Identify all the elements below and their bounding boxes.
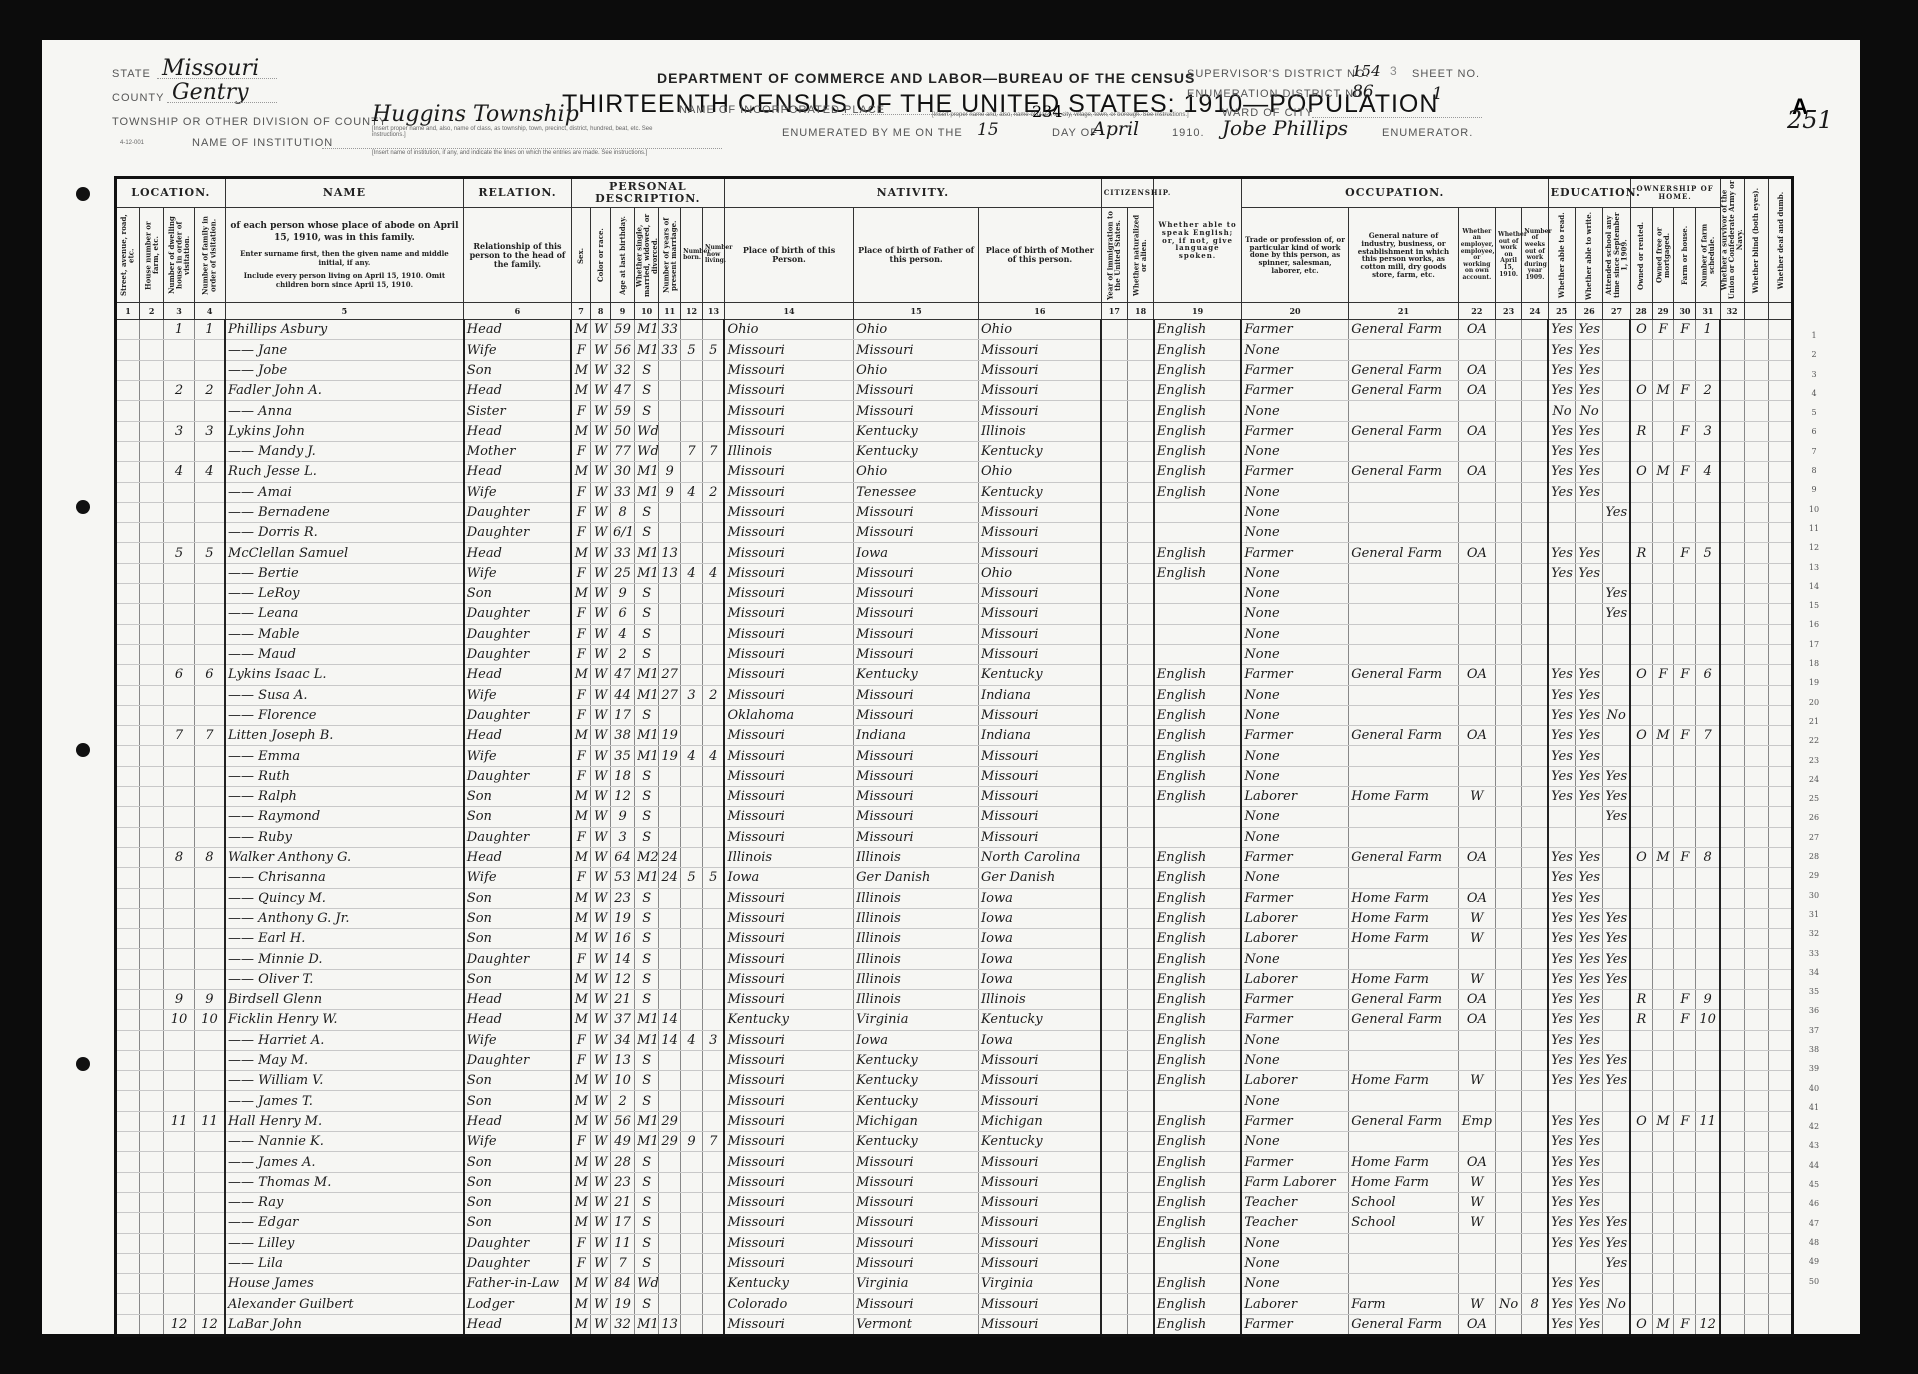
cell-ind <box>1349 1030 1459 1050</box>
cell-empty <box>1768 1132 1792 1152</box>
cell-occ: Farmer <box>1241 543 1348 563</box>
cell-empty <box>140 989 164 1009</box>
cell-empty <box>140 868 164 888</box>
cell-empty <box>140 705 164 725</box>
header-out-of-work: Whether out of work on April 15, 1910. <box>1495 208 1521 303</box>
cell-name: —— Earl H. <box>225 929 464 949</box>
table-row: —— BertieWifeFW25M11344MissouriMissouriO… <box>116 563 1793 583</box>
header-weeks-out: Number of weeks out of work during year … <box>1522 208 1548 303</box>
cell-born: 5 <box>681 868 703 888</box>
cell-fam <box>194 1172 225 1192</box>
cell-empty <box>1744 665 1768 685</box>
cell-name: Walker Anthony G. <box>225 847 464 867</box>
cell-fpob: Illinois <box>854 969 979 989</box>
cell-occ: None <box>1241 441 1348 461</box>
enumerated-label: ENUMERATED BY ME ON THE <box>782 127 963 139</box>
cell-fpob: Missouri <box>854 1172 979 1192</box>
cell-empty <box>1744 563 1768 583</box>
cell-name: —— Lilley <box>225 1233 464 1253</box>
cell-empty <box>116 1111 140 1131</box>
cell-empty <box>1720 584 1744 604</box>
cell-sex: F <box>571 868 591 888</box>
cell-dw <box>164 1071 195 1091</box>
cell-sched <box>1696 1071 1720 1091</box>
cell-sch <box>1603 523 1630 543</box>
cell-pob: Oklahoma <box>724 705 853 725</box>
cell-occ: None <box>1241 523 1348 543</box>
cell-lang: English <box>1154 726 1242 746</box>
cell-write: Yes <box>1575 543 1602 563</box>
cell-ind <box>1349 584 1459 604</box>
header-family-number: Number of family in order of visitation. <box>194 208 225 303</box>
cell-empty <box>1127 1192 1153 1212</box>
cell-read: Yes <box>1548 665 1575 685</box>
cell-empty <box>1768 523 1792 543</box>
cell-write: Yes <box>1575 320 1602 340</box>
cell-sched: 11 <box>1696 1111 1720 1131</box>
cell-own <box>1630 340 1652 360</box>
cell-empty <box>1768 1172 1792 1192</box>
cell-rel: Son <box>464 908 571 928</box>
cell-empty <box>1720 685 1744 705</box>
cell-sch <box>1603 624 1630 644</box>
cell-emp <box>1458 441 1495 461</box>
cell-sched <box>1696 1192 1720 1212</box>
cell-lang: English <box>1154 929 1242 949</box>
cell-occ: Farmer <box>1241 989 1348 1009</box>
cell-fh: F <box>1674 847 1696 867</box>
cell-fh <box>1674 1050 1696 1070</box>
cell-rel: Daughter <box>464 523 571 543</box>
cell-age: 14 <box>611 949 635 969</box>
cell-fh <box>1674 1132 1696 1152</box>
cell-age: 47 <box>611 665 635 685</box>
cell-ind: Farm <box>1349 1294 1459 1314</box>
header-owned-rented: Owned or rented. <box>1630 208 1652 303</box>
cell-dw <box>164 908 195 928</box>
cell-race: W <box>591 868 611 888</box>
cell-occ: Farm Laborer <box>1241 1172 1348 1192</box>
cell-yrs <box>659 624 681 644</box>
cell-sex: M <box>571 1274 591 1294</box>
cell-sched <box>1696 807 1720 827</box>
cell-oow <box>1495 1071 1521 1091</box>
cell-empty <box>1127 929 1153 949</box>
cell-read: Yes <box>1548 360 1575 380</box>
cell-fpob: Virginia <box>854 1010 979 1030</box>
cell-yrs: 27 <box>659 665 681 685</box>
cell-own <box>1630 868 1652 888</box>
cell-dw: 10 <box>164 1010 195 1030</box>
cell-race: W <box>591 847 611 867</box>
cell-fm <box>1652 360 1674 380</box>
cell-born <box>681 1294 703 1314</box>
cell-empty <box>140 401 164 421</box>
cell-ind: General Farm <box>1349 1314 1459 1335</box>
cell-mpob: Missouri <box>979 1192 1102 1212</box>
cell-empty <box>1744 441 1768 461</box>
cell-empty <box>1101 462 1127 482</box>
cell-born <box>681 381 703 401</box>
cell-oow <box>1495 888 1521 908</box>
cell-weeks <box>1522 1253 1548 1273</box>
table-row: —— AmaiWifeFW33M1942MissouriTenesseeKent… <box>116 482 1793 502</box>
cell-empty <box>116 1253 140 1273</box>
cell-age: 84 <box>611 1274 635 1294</box>
cell-pob: Missouri <box>724 563 853 583</box>
cell-ms: M1 <box>635 543 659 563</box>
cell-weeks <box>1522 929 1548 949</box>
line-number: 8 <box>1804 461 1824 480</box>
cell-write: Yes <box>1575 787 1602 807</box>
cell-sch <box>1603 665 1630 685</box>
cell-weeks <box>1522 644 1548 664</box>
cell-name: —— Ralph <box>225 787 464 807</box>
cell-name: —— Chrisanna <box>225 868 464 888</box>
cell-fam <box>194 1274 225 1294</box>
cell-own <box>1630 563 1652 583</box>
cell-occ: Laborer <box>1241 969 1348 989</box>
cell-fm <box>1652 705 1674 725</box>
cell-empty <box>116 1132 140 1152</box>
cell-lang: English <box>1154 1314 1242 1335</box>
cell-fh <box>1674 705 1696 725</box>
cell-fam: 7 <box>194 726 225 746</box>
cell-empty <box>140 462 164 482</box>
cell-name: —— May M. <box>225 1050 464 1070</box>
cell-read: Yes <box>1548 1030 1575 1050</box>
cell-sched <box>1696 1233 1720 1253</box>
cell-rel: Head <box>464 989 571 1009</box>
cell-weeks <box>1522 1314 1548 1335</box>
cell-ind: School <box>1349 1213 1459 1233</box>
cell-lang: English <box>1154 685 1242 705</box>
cell-empty <box>140 624 164 644</box>
cell-rel: Head <box>464 1111 571 1131</box>
cell-fam <box>194 766 225 786</box>
cell-mpob: Missouri <box>979 1213 1102 1233</box>
cell-ind <box>1349 1132 1459 1152</box>
cell-age: 49 <box>611 1132 635 1152</box>
column-number: 5 <box>225 303 464 320</box>
cell-age: 35 <box>611 746 635 766</box>
cell-lang: English <box>1154 665 1242 685</box>
cell-pob: Missouri <box>724 1132 853 1152</box>
column-number: 13 <box>703 303 725 320</box>
cell-empty <box>1768 908 1792 928</box>
cell-empty <box>1744 604 1768 624</box>
cell-empty <box>1127 949 1153 969</box>
cell-name: —— Leana <box>225 604 464 624</box>
column-number: 28 <box>1630 303 1652 320</box>
cell-pob: Kentucky <box>724 1274 853 1294</box>
cell-age: 28 <box>611 1152 635 1172</box>
cell-own <box>1630 1071 1652 1091</box>
cell-ind <box>1349 401 1459 421</box>
cell-fh: F <box>1674 462 1696 482</box>
cell-ind: General Farm <box>1349 462 1459 482</box>
cell-empty <box>1127 462 1153 482</box>
cell-age: 33 <box>611 482 635 502</box>
cell-name: —— Thomas M. <box>225 1172 464 1192</box>
cell-read: Yes <box>1548 746 1575 766</box>
cell-pob: Missouri <box>724 908 853 928</box>
cell-empty <box>1768 726 1792 746</box>
cell-mpob: Ohio <box>979 320 1102 340</box>
cell-empty <box>1768 949 1792 969</box>
cell-empty <box>1101 705 1127 725</box>
cell-yrs <box>659 644 681 664</box>
cell-pob: Missouri <box>724 1030 853 1050</box>
cell-weeks <box>1522 766 1548 786</box>
institution-note: [Insert name of institution, if any, and… <box>372 150 692 156</box>
cell-yrs <box>659 360 681 380</box>
cell-own: O <box>1630 462 1652 482</box>
cell-pob: Missouri <box>724 584 853 604</box>
cell-dw: 3 <box>164 421 195 441</box>
cell-oow <box>1495 604 1521 624</box>
cell-own: O <box>1630 665 1652 685</box>
cell-empty <box>140 482 164 502</box>
cell-empty <box>1768 340 1792 360</box>
cell-emp <box>1458 1233 1495 1253</box>
cell-living <box>703 381 725 401</box>
cell-empty <box>1768 1233 1792 1253</box>
cell-empty <box>116 1192 140 1212</box>
cell-weeks <box>1522 908 1548 928</box>
cell-rel: Head <box>464 421 571 441</box>
cell-sch: Yes <box>1603 766 1630 786</box>
cell-sex: M <box>571 807 591 827</box>
cell-ind <box>1349 705 1459 725</box>
cell-dw <box>164 624 195 644</box>
cell-empty <box>1744 644 1768 664</box>
cell-emp <box>1458 1050 1495 1070</box>
cell-write: Yes <box>1575 888 1602 908</box>
cell-dw <box>164 1152 195 1172</box>
cell-race: W <box>591 1294 611 1314</box>
cell-age: 44 <box>611 685 635 705</box>
cell-yrs <box>659 584 681 604</box>
cell-empty <box>1101 989 1127 1009</box>
cell-ms: S <box>635 502 659 522</box>
cell-empty <box>116 1294 140 1314</box>
cell-yrs <box>659 1091 681 1111</box>
cell-mpob: Missouri <box>979 401 1102 421</box>
cell-dw: 12 <box>164 1314 195 1335</box>
cell-own <box>1630 1192 1652 1212</box>
header-blind: Whether blind (both eyes). <box>1744 178 1768 303</box>
cell-ms: S <box>635 584 659 604</box>
township-label: TOWNSHIP OR OTHER DIVISION OF COUNTY <box>112 116 387 128</box>
cell-fam <box>194 908 225 928</box>
cell-living <box>703 1274 725 1294</box>
cell-ind: General Farm <box>1349 847 1459 867</box>
cell-dw <box>164 1132 195 1152</box>
cell-born <box>681 1314 703 1335</box>
cell-empty <box>140 1132 164 1152</box>
cell-empty <box>116 441 140 461</box>
table-row: —— RalphSonMW12SMissouriMissouriMissouri… <box>116 787 1793 807</box>
cell-lang: English <box>1154 1050 1242 1070</box>
cell-ms: S <box>635 787 659 807</box>
cell-fam <box>194 868 225 888</box>
cell-fam <box>194 1030 225 1050</box>
cell-read: Yes <box>1548 462 1575 482</box>
cell-own: O <box>1630 847 1652 867</box>
column-number: 8 <box>591 303 611 320</box>
cell-empty <box>1127 1253 1153 1273</box>
cell-empty <box>1720 726 1744 746</box>
cell-fm: M <box>1652 1111 1674 1131</box>
cell-own <box>1630 1030 1652 1050</box>
cell-empty <box>1127 969 1153 989</box>
cell-dw <box>164 1050 195 1070</box>
cell-born <box>681 888 703 908</box>
cell-ms: M1 <box>635 563 659 583</box>
cell-empty <box>1101 929 1127 949</box>
column-number: 10 <box>635 303 659 320</box>
cell-weeks <box>1522 1030 1548 1050</box>
cell-emp: OA <box>1458 888 1495 908</box>
cell-read: Yes <box>1548 1010 1575 1030</box>
cell-name: —— James A. <box>225 1152 464 1172</box>
cell-rel: Sister <box>464 401 571 421</box>
cell-born <box>681 1233 703 1253</box>
cell-oow <box>1495 502 1521 522</box>
cell-sched <box>1696 624 1720 644</box>
cell-age: 6 <box>611 604 635 624</box>
punch-hole <box>76 1057 90 1071</box>
cell-sch: Yes <box>1603 1213 1630 1233</box>
cell-lang: English <box>1154 563 1242 583</box>
cell-pob: Missouri <box>724 1071 853 1091</box>
cell-empty <box>1127 1314 1153 1335</box>
cell-fpob: Missouri <box>854 807 979 827</box>
cell-empty <box>116 320 140 340</box>
cell-fam <box>194 1091 225 1111</box>
cell-empty <box>140 908 164 928</box>
cell-fam <box>194 624 225 644</box>
cell-empty <box>1720 868 1744 888</box>
cell-empty <box>140 746 164 766</box>
cell-occ: Farmer <box>1241 360 1348 380</box>
cell-empty <box>1101 766 1127 786</box>
cell-own: O <box>1630 1111 1652 1131</box>
cell-race: W <box>591 989 611 1009</box>
cell-empty <box>1768 989 1792 1009</box>
cell-emp <box>1458 807 1495 827</box>
cell-fm: M <box>1652 1314 1674 1335</box>
cell-emp: W <box>1458 1192 1495 1212</box>
cell-race: W <box>591 766 611 786</box>
cell-empty <box>1127 320 1153 340</box>
cell-age: 59 <box>611 320 635 340</box>
cell-occ: None <box>1241 746 1348 766</box>
cell-lang: English <box>1154 1152 1242 1172</box>
cell-fm <box>1652 401 1674 421</box>
cell-sex: F <box>571 1233 591 1253</box>
cell-dw <box>164 969 195 989</box>
cell-occ: None <box>1241 502 1348 522</box>
cell-empty <box>1768 543 1792 563</box>
cell-pob: Iowa <box>724 868 853 888</box>
cell-mpob: Missouri <box>979 340 1102 360</box>
cell-weeks <box>1522 340 1548 360</box>
cell-dw: 8 <box>164 847 195 867</box>
cell-empty <box>116 969 140 989</box>
cell-fam <box>194 1294 225 1314</box>
cell-living <box>703 888 725 908</box>
cell-occ: None <box>1241 644 1348 664</box>
cell-read: Yes <box>1548 908 1575 928</box>
cell-empty <box>1127 502 1153 522</box>
cell-read: Yes <box>1548 705 1575 725</box>
cell-oow <box>1495 1050 1521 1070</box>
cell-ms: S <box>635 360 659 380</box>
cell-sex: M <box>571 1152 591 1172</box>
cell-age: 9 <box>611 807 635 827</box>
cell-read: Yes <box>1548 847 1575 867</box>
cell-pob: Missouri <box>724 1111 853 1131</box>
line-number: 43 <box>1804 1136 1824 1155</box>
cell-fpob: Missouri <box>854 766 979 786</box>
cell-occ: None <box>1241 868 1348 888</box>
cell-weeks <box>1522 502 1548 522</box>
column-number: 30 <box>1674 303 1696 320</box>
cell-sex: F <box>571 563 591 583</box>
cell-ind <box>1349 868 1459 888</box>
cell-pob: Ohio <box>724 320 853 340</box>
cell-sch <box>1603 1010 1630 1030</box>
cell-fm: F <box>1652 665 1674 685</box>
header-education: EDUCATION. <box>1548 178 1630 208</box>
cell-empty <box>1744 726 1768 746</box>
cell-pob: Missouri <box>724 462 853 482</box>
cell-empty <box>1127 441 1153 461</box>
cell-born <box>681 502 703 522</box>
cell-born <box>681 462 703 482</box>
cell-fh <box>1674 1233 1696 1253</box>
cell-race: W <box>591 543 611 563</box>
cell-oow <box>1495 563 1521 583</box>
cell-age: 13 <box>611 1050 635 1070</box>
cell-fm <box>1652 523 1674 543</box>
cell-sex: M <box>571 543 591 563</box>
cell-occ: Laborer <box>1241 908 1348 928</box>
cell-empty <box>1744 1091 1768 1111</box>
cell-fm: M <box>1652 381 1674 401</box>
cell-fm <box>1652 685 1674 705</box>
cell-fpob: Missouri <box>854 381 979 401</box>
header-years-married: Number of years of present marriage. <box>659 208 681 303</box>
cell-empty <box>1101 1030 1127 1050</box>
table-row: —— JaneWifeFW56M13355MissouriMissouriMis… <box>116 340 1793 360</box>
year-label: 1910. <box>1172 127 1205 139</box>
cell-write: Yes <box>1575 340 1602 360</box>
cell-empty <box>1768 847 1792 867</box>
header-street: Street, avenue, road, etc. <box>116 208 140 303</box>
cell-ms: M1 <box>635 726 659 746</box>
cell-occ: Farmer <box>1241 462 1348 482</box>
cell-empty <box>140 807 164 827</box>
header-citizenship: CITIZENSHIP. <box>1101 178 1154 208</box>
column-number: 16 <box>979 303 1102 320</box>
cell-born <box>681 523 703 543</box>
cell-mpob: Missouri <box>979 624 1102 644</box>
cell-ms: S <box>635 766 659 786</box>
cell-empty <box>1127 644 1153 664</box>
